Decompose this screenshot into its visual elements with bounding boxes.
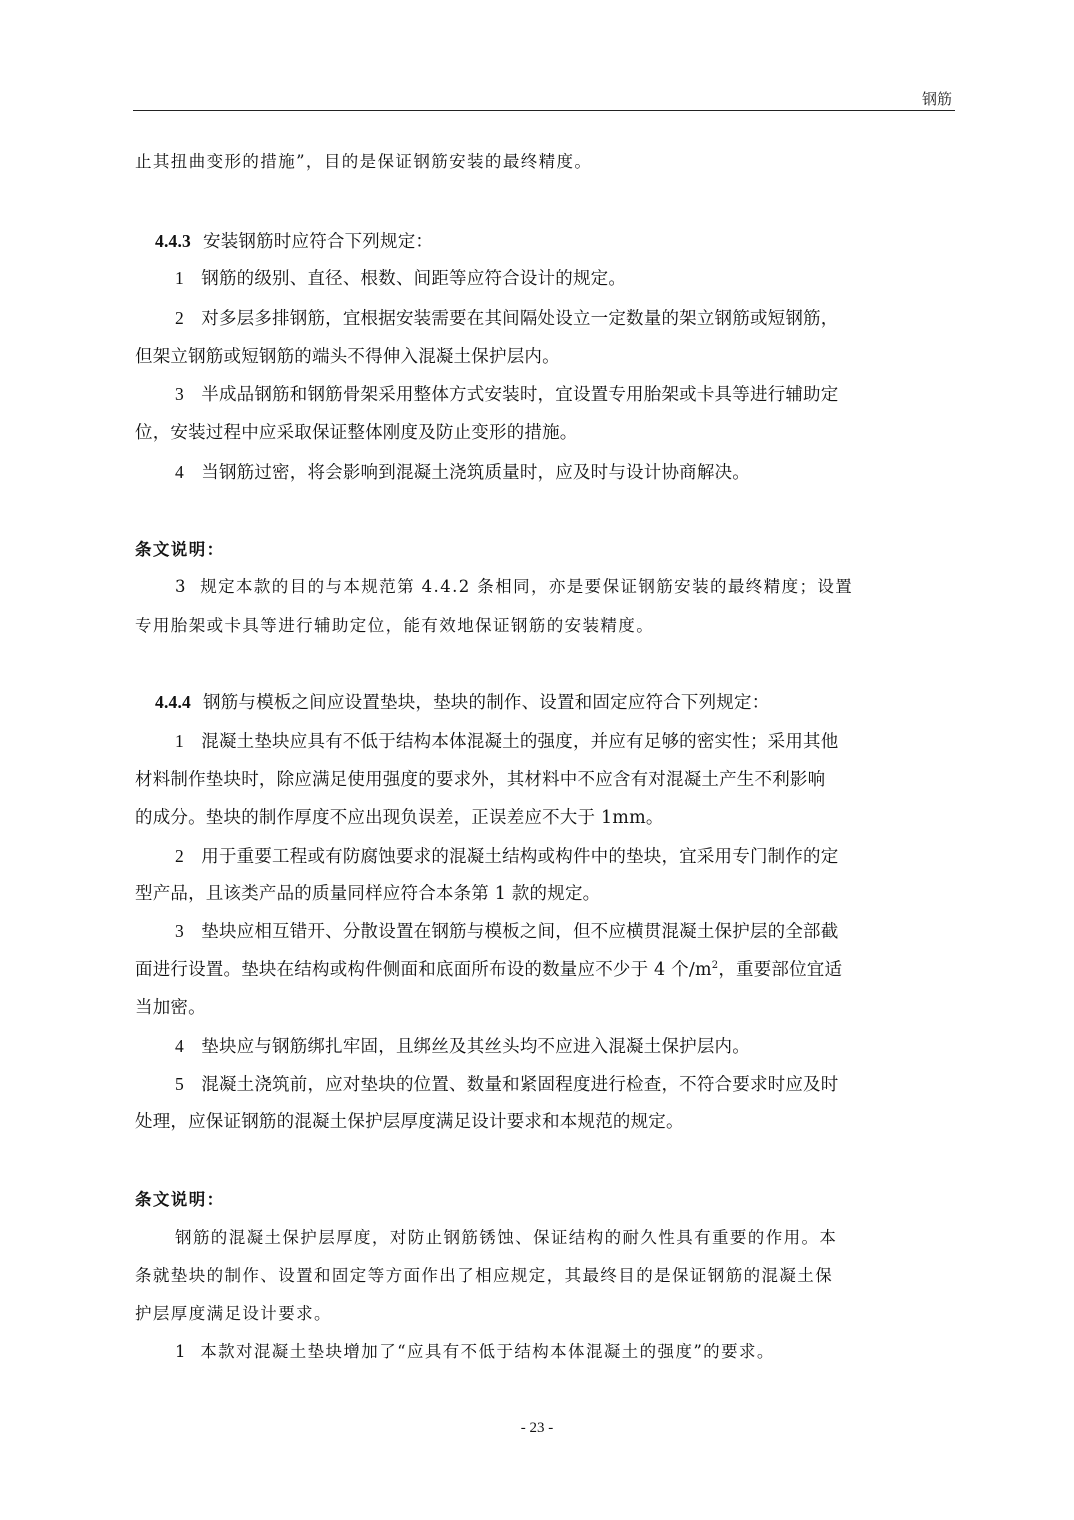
clause-number: 4.4.4 xyxy=(155,692,191,712)
item-text: 规定本款的目的与本规范第 4.4.2 条相同，亦是要保证钢筋安装的最终精度；设置 xyxy=(200,577,853,596)
item-text-continued: 的成分。垫块的制作厚度不应出现负误差，正误差应不大于 1mm。 xyxy=(135,806,953,830)
explanation-paragraph-continued: 条就垫块的制作、设置和固定等方面作出了相应规定，其最终目的是保证钢筋的混凝土保 xyxy=(135,1264,953,1288)
list-item: 3 半成品钢筋和钢筋骨架采用整体方式安装时，宜设置专用胎架或卡具等进行辅助定 xyxy=(135,382,993,407)
item-text: 混凝土浇筑前，应对垫块的位置、数量和紧固程度进行检查，不符合要求时应及时 xyxy=(201,1075,838,1095)
item-text: 当钢筋过密，将会影响到混凝土浇筑质量时，应及时与设计协商解决。 xyxy=(201,463,750,483)
list-item: 4 当钢筋过密，将会影响到混凝土浇筑质量时，应及时与设计协商解决。 xyxy=(135,460,993,485)
item-number: 3 xyxy=(175,577,187,596)
item-number: 1 xyxy=(175,1342,187,1361)
item-number: 2 xyxy=(175,846,184,866)
list-item: 3 垫块应相互错开、分散设置在钢筋与模板之间，但不应横贯混凝土保护层的全部截 xyxy=(135,919,993,944)
explanation-item: 1 本款对混凝土垫块增加了“应具有不低于结构本体混凝土的强度”的要求。 xyxy=(135,1340,993,1364)
list-item: 2 对多层多排钢筋，宜根据安装需要在其间隔处设立一定数量的架立钢筋或短钢筋， xyxy=(135,306,993,331)
text-part: ，重要部位宜适 xyxy=(718,960,842,980)
clause-number: 4.4.3 xyxy=(155,231,191,251)
item-text-continued: 型产品，且该类产品的质量同样应符合本条第 1 款的规定。 xyxy=(135,882,953,906)
item-text-continued: 材料制作垫块时，除应满足使用强度的要求外，其材料中不应含有对混凝土产生不利影响 xyxy=(135,768,953,792)
item-text-continued: 当加密。 xyxy=(135,996,953,1020)
item-number: 3 xyxy=(175,384,184,404)
item-text: 用于重要工程或有防腐蚀要求的混凝土结构或构件中的垫块，宜采用专门制作的定 xyxy=(201,847,838,867)
explanation-item: 3 规定本款的目的与本规范第 4.4.2 条相同，亦是要保证钢筋安装的最终精度；… xyxy=(135,575,993,599)
list-item: 1 混凝土垫块应具有不低于结构本体混凝土的强度，并应有足够的密实性；采用其他 xyxy=(135,729,993,754)
explanation-heading: 条文说明： xyxy=(135,1188,953,1212)
text-part: 面进行设置。垫块在结构或构件侧面和底面所布设的数量应不少于 4 个/m xyxy=(135,960,712,980)
explanation-paragraph: 钢筋的混凝土保护层厚度，对防止钢筋锈蚀、保证结构的耐久性具有重要的作用。本 xyxy=(135,1226,993,1250)
item-text: 垫块应与钢筋绑扎牢固，且绑丝及其丝头均不应进入混凝土保护层内。 xyxy=(201,1037,750,1057)
item-text-continued: 但架立钢筋或短钢筋的端头不得伸入混凝土保护层内。 xyxy=(135,345,953,369)
header-title: 钢筋 xyxy=(922,88,952,109)
item-text-continued: 处理，应保证钢筋的混凝土保护层厚度满足设计要求和本规范的规定。 xyxy=(135,1110,953,1134)
item-text: 垫块应相互错开、分散设置在钢筋与模板之间，但不应横贯混凝土保护层的全部截 xyxy=(201,922,838,942)
item-number: 3 xyxy=(175,921,184,941)
item-number: 2 xyxy=(175,308,184,328)
item-text: 半成品钢筋和钢筋骨架采用整体方式安装时，宜设置专用胎架或卡具等进行辅助定 xyxy=(201,385,838,405)
list-item: 1 钢筋的级别、直径、根数、间距等应符合设计的规定。 xyxy=(135,266,993,291)
item-text-continued: 位，安装过程中应采取保证整体刚度及防止变形的措施。 xyxy=(135,421,953,445)
item-text-continued: 专用胎架或卡具等进行辅助定位，能有效地保证钢筋的安装精度。 xyxy=(135,614,953,638)
clause-title: 安装钢筋时应符合下列规定： xyxy=(203,232,433,252)
list-item: 5 混凝土浇筑前，应对垫块的位置、数量和紧固程度进行检查，不符合要求时应及时 xyxy=(135,1072,993,1097)
item-text: 本款对混凝土垫块增加了“应具有不低于结构本体混凝土的强度”的要求。 xyxy=(200,1342,775,1361)
explanation-heading: 条文说明： xyxy=(135,538,953,562)
item-number: 4 xyxy=(175,462,184,482)
continuation-text: 止其扭曲变形的措施”，目的是保证钢筋安装的最终精度。 xyxy=(135,150,953,174)
clause-heading: 4.4.4钢筋与模板之间应设置垫块，垫块的制作、设置和固定应符合下列规定： xyxy=(135,690,973,715)
explanation-paragraph-continued: 护层厚度满足设计要求。 xyxy=(135,1302,953,1326)
item-text: 对多层多排钢筋，宜根据安装需要在其间隔处设立一定数量的架立钢筋或短钢筋， xyxy=(201,309,838,329)
clause-heading: 4.4.3安装钢筋时应符合下列规定： xyxy=(135,229,973,254)
item-text-continued: 面进行设置。垫块在结构或构件侧面和底面所布设的数量应不少于 4 个/m2，重要部… xyxy=(135,958,953,982)
list-item: 2 用于重要工程或有防腐蚀要求的混凝土结构或构件中的垫块，宜采用专门制作的定 xyxy=(135,844,993,869)
item-number: 4 xyxy=(175,1036,184,1056)
item-text: 混凝土垫块应具有不低于结构本体混凝土的强度，并应有足够的密实性；采用其他 xyxy=(201,732,838,752)
page-number: - 23 - xyxy=(0,1420,1074,1437)
item-number: 1 xyxy=(175,731,184,751)
header-divider xyxy=(133,110,955,111)
item-number: 1 xyxy=(175,268,184,288)
item-text: 钢筋的级别、直径、根数、间距等应符合设计的规定。 xyxy=(201,269,626,289)
clause-title: 钢筋与模板之间应设置垫块，垫块的制作、设置和固定应符合下列规定： xyxy=(203,693,769,713)
list-item: 4 垫块应与钢筋绑扎牢固，且绑丝及其丝头均不应进入混凝土保护层内。 xyxy=(135,1034,993,1059)
item-number: 5 xyxy=(175,1074,184,1094)
